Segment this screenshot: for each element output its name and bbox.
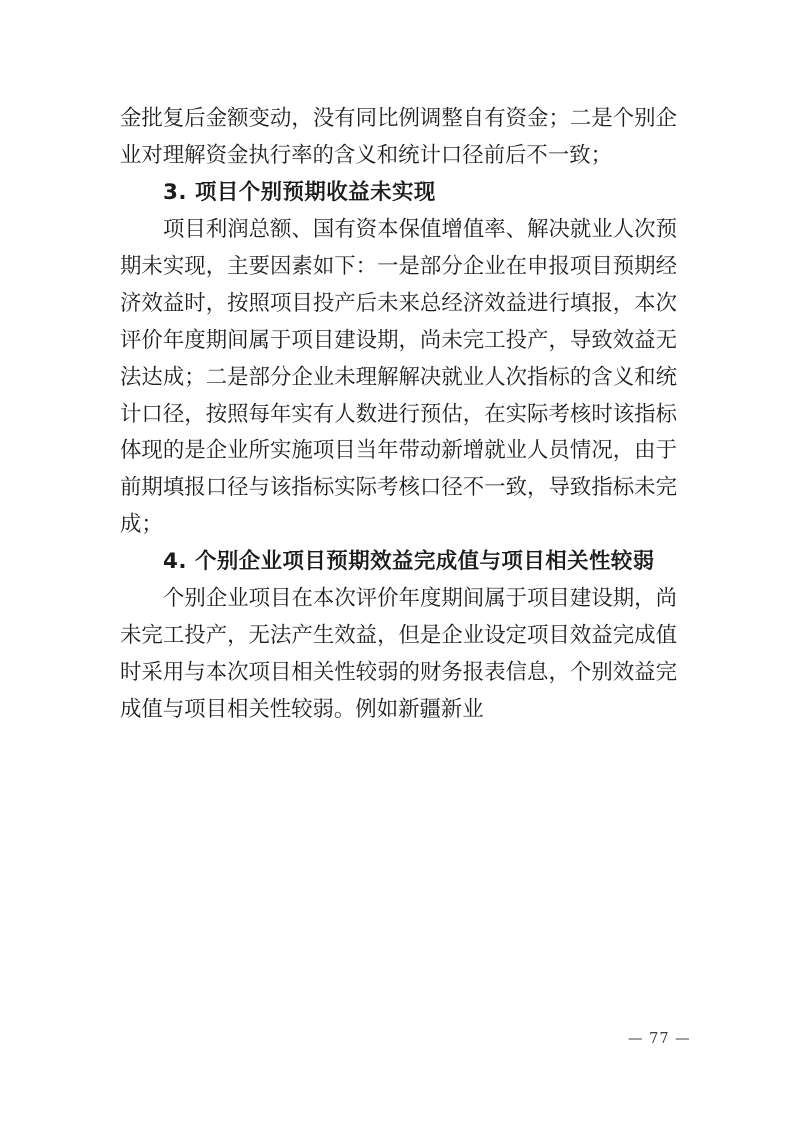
text-line: 体现的是企业所实施项目当年带动新增就业人员情况，由于: [120, 433, 677, 470]
text-line: 个别企业项目在本次评价年度期间属于项目建设期，尚: [120, 581, 677, 618]
text-line: 成值与项目相关性较弱。例如新疆新业: [120, 692, 677, 729]
text-line: 济效益时，按照项目投产后未来总经济效益进行填报，本次: [120, 286, 677, 323]
text-line: 期未实现，主要因素如下：一是部分企业在申报项目预期经: [120, 249, 677, 286]
text-block: 金批复后金额变动，没有同比例调整自有资金；二是个别企 业对理解资金执行率的含义和…: [120, 101, 677, 729]
text-line: 金批复后金额变动，没有同比例调整自有资金；二是个别企: [120, 101, 677, 138]
text-line: 成；: [120, 507, 677, 544]
page-number: — 77 —: [628, 1031, 691, 1048]
text-line: 法达成；二是部分企业未理解解决就业人次指标的含义和统: [120, 360, 677, 397]
text-line: 前期填报口径与该指标实际考核口径不一致，导致指标未完: [120, 470, 677, 507]
section-heading-3: 3. 项目个别预期收益未实现: [120, 175, 677, 212]
text-line: 项目利润总额、国有资本保值增值率、解决就业人次预: [120, 212, 677, 249]
text-line: 时采用与本次项目相关性较弱的财务报表信息，个别效益完: [120, 655, 677, 692]
text-line: 业对理解资金执行率的含义和统计口径前后不一致；: [120, 138, 677, 175]
section-heading-4: 4. 个别企业项目预期效益完成值与项目相关性较弱: [120, 544, 677, 581]
text-line: 评价年度期间属于项目建设期，尚未完工投产，导致效益无: [120, 323, 677, 360]
text-line: 未完工投产，无法产生效益，但是企业设定项目效益完成值: [120, 618, 677, 655]
document-page: 金批复后金额变动，没有同比例调整自有资金；二是个别企 业对理解资金执行率的含义和…: [0, 0, 793, 1122]
text-line: 计口径，按照每年实有人数进行预估，在实际考核时该指标: [120, 397, 677, 434]
